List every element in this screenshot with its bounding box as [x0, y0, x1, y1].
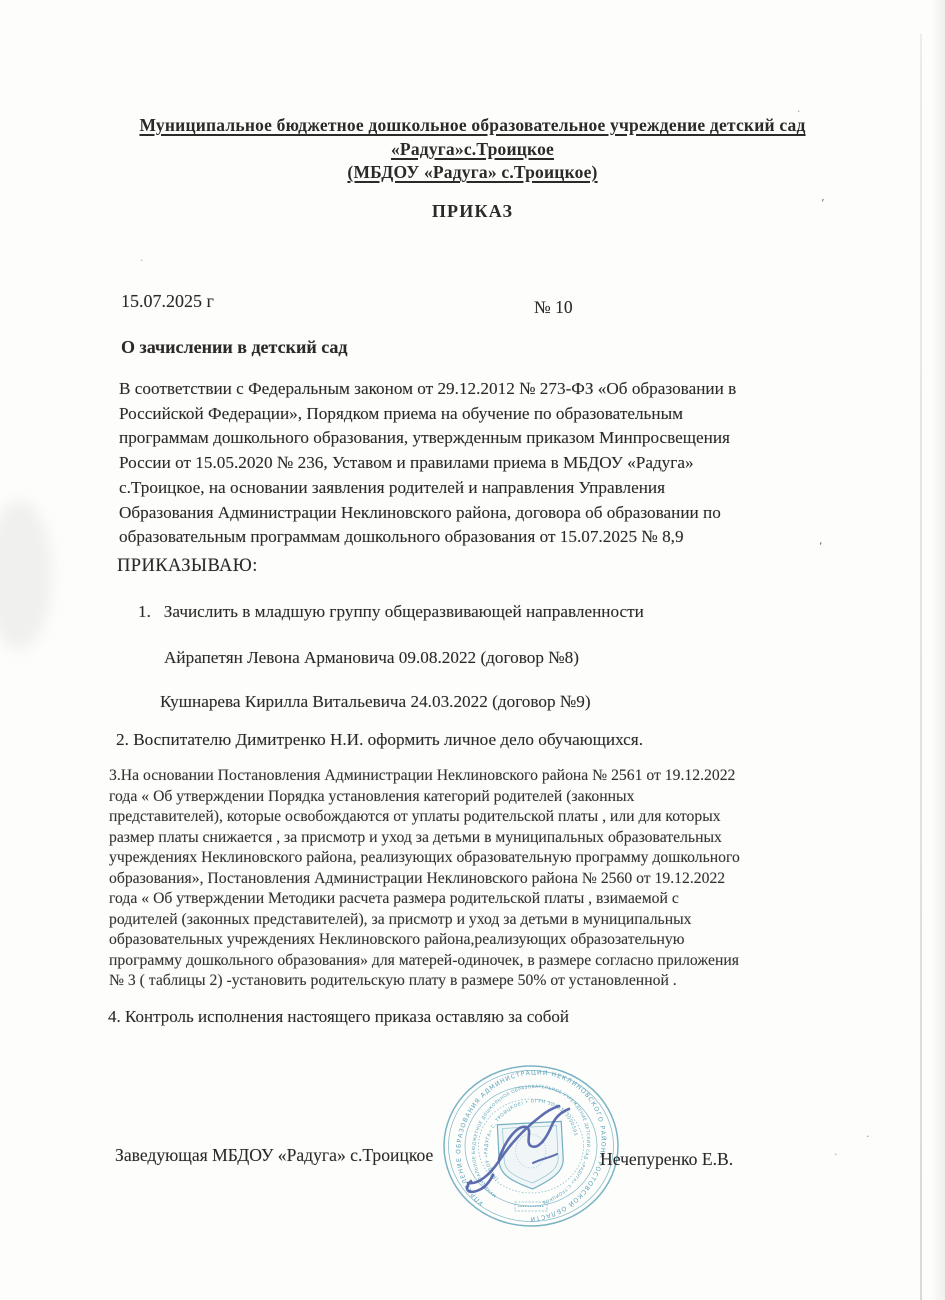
document-subject: О зачислении в детский сад [121, 337, 348, 358]
enrollee-2: Кушнарева Кирилла Витальевича 24.03.2022… [160, 692, 591, 712]
order-item-1: 1. Зачислить в младшую группу общеразвив… [138, 602, 644, 622]
resolution-word: ПРИКАЗЫВАЮ: [117, 556, 258, 577]
org-name-line2: «Радуга»с.Троицкое [391, 139, 554, 159]
scan-edge-line [920, 34, 922, 1300]
document-page: ’ · ‘ · · ‧ Муниципальное бюджетное дошк… [0, 0, 945, 1300]
scan-speck: ‧ [140, 255, 144, 266]
org-name-line1: Муниципальное бюджетное дошкольное образ… [139, 115, 805, 135]
scan-edge-shadow [931, 0, 945, 1300]
scan-speck: · [834, 1149, 838, 1160]
official-stamp: УПРАВЛЕНИЕ ОБРАЗОВАНИЯ АДМИНИСТРАЦИИ НЕК… [441, 1063, 621, 1230]
enrollee-1: Айрапетян Левона Армановича 09.08.2022 (… [164, 648, 579, 668]
document-date: 15.07.2025 г [121, 291, 214, 312]
stamp-graphic: УПРАВЛЕНИЕ ОБРАЗОВАНИЯ АДМИНИСТРАЦИИ НЕК… [441, 1063, 621, 1230]
org-name-line3: (МБДОУ «Радуга» с.Троицкое) [347, 162, 597, 182]
preamble-paragraph: В соответствии с Федеральным законом от … [119, 377, 856, 550]
scan-smudge [0, 500, 52, 650]
org-name-block: Муниципальное бюджетное дошкольное образ… [0, 114, 945, 185]
document-title: ПРИКАЗ [0, 201, 945, 222]
scan-speck: · [866, 1131, 870, 1142]
signature-position: Заведующая МБДОУ «Радуга» с.Троицкое [115, 1145, 433, 1166]
order-item-2: 2. Воспитателю Димитренко Н.И. оформить … [116, 730, 643, 750]
document-number: № 10 [534, 297, 573, 318]
order-item-4: 4. Контроль исполнения настоящего приказ… [108, 1007, 569, 1027]
stamp-bottom-code [515, 1202, 547, 1211]
order-item-3: 3.На основании Постановления Администрац… [109, 766, 859, 992]
